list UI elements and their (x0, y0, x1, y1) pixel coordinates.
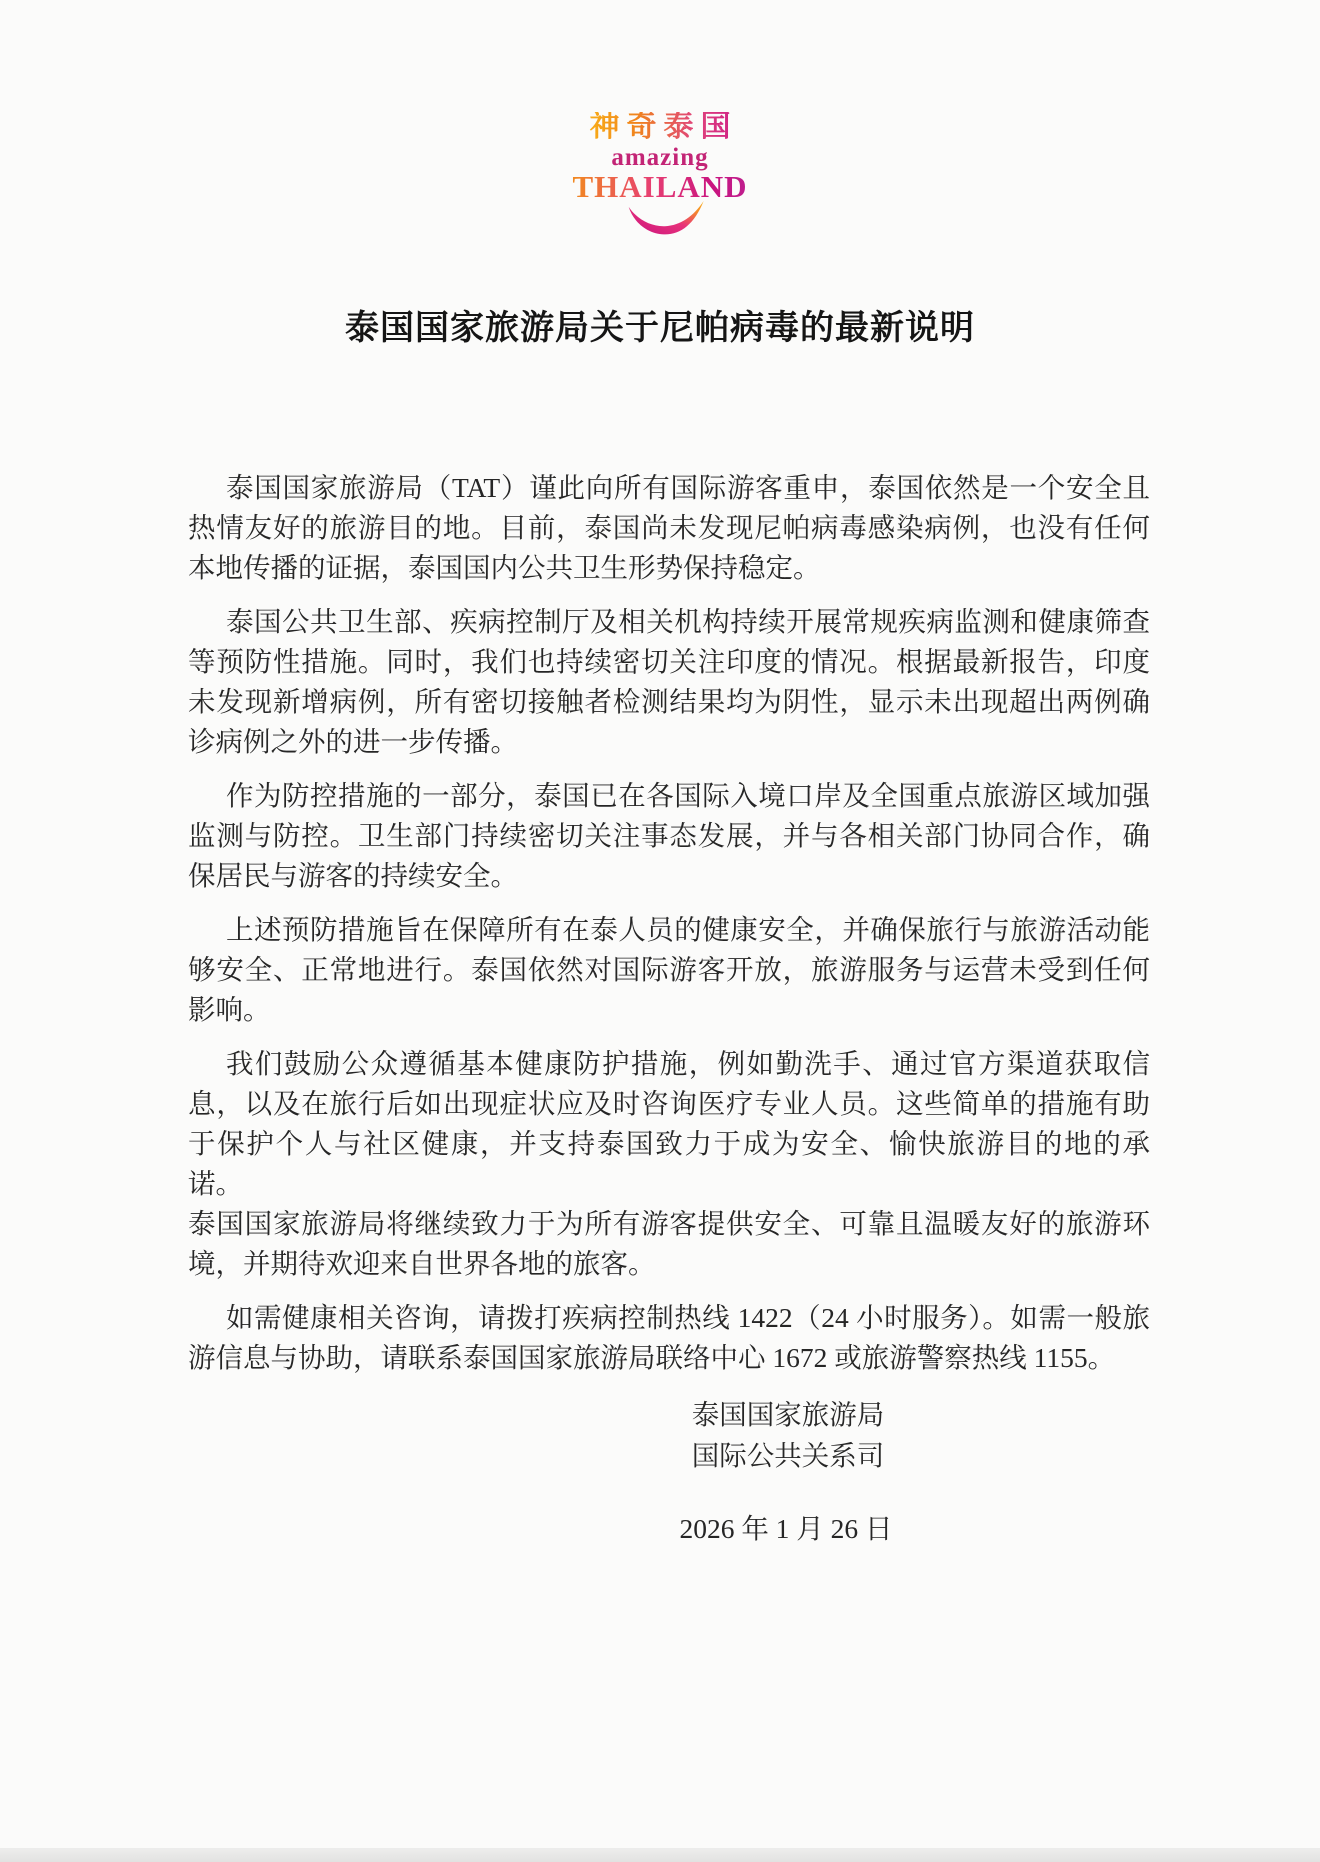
body-paragraph: 我们鼓励公众遵循基本健康防护措施，例如勤洗手、通过官方渠道获取信息，以及在旅行后… (188, 1044, 1150, 1204)
letter-page: 神奇泰国 amazing THAILAND 泰国国家旅游局关于尼帕病毒的最新说明… (0, 0, 1320, 1862)
body-paragraph: 作为防控措施的一部分，泰国已在各国际入境口岸及全国重点旅游区域加强监测与防控。卫… (188, 776, 1150, 896)
page-title: 泰国国家旅游局关于尼帕病毒的最新说明 (0, 300, 1320, 349)
body-paragraph: 上述预防措施旨在保障所有在泰人员的健康安全，并确保旅行与旅游活动能够安全、正常地… (188, 910, 1150, 1030)
page-bottom-edge (0, 1848, 1320, 1862)
signature-department: 国际公共关系司 (128, 1435, 1320, 1476)
letter-date: 2026 年 1 月 26 日 (126, 1506, 1320, 1546)
letterhead-logo: 神奇泰国 amazing THAILAND (0, 112, 1320, 245)
thailand-swoosh-icon (624, 195, 706, 245)
body-paragraph-hotlines: 如需健康相关咨询，请拨打疾病控制热线 1422（24 小时服务）。如需一般旅游信… (188, 1298, 1150, 1378)
body-paragraph: 泰国国家旅游局将继续致力于为所有游客提供安全、可靠且温暖友好的旅游环境，并期待欢… (188, 1204, 1150, 1284)
signature-organization: 泰国国家旅游局 (128, 1394, 1320, 1435)
body-paragraph: 泰国公共卫生部、疾病控制厅及相关机构持续开展常规疾病监测和健康筛查等预防性措施。… (188, 602, 1150, 762)
logo-amazing-text: amazing (611, 145, 708, 170)
logo-chinese-text: 神奇泰国 (583, 112, 738, 142)
signature-block: 泰国国家旅游局 国际公共关系司 (128, 1394, 1320, 1476)
body-paragraph: 泰国国家旅游局（TAT）谨此向所有国际游客重申，泰国依然是一个安全且热情友好的旅… (188, 468, 1150, 588)
letter-body: 泰国国家旅游局（TAT）谨此向所有国际游客重申，泰国依然是一个安全且热情友好的旅… (188, 468, 1150, 1392)
